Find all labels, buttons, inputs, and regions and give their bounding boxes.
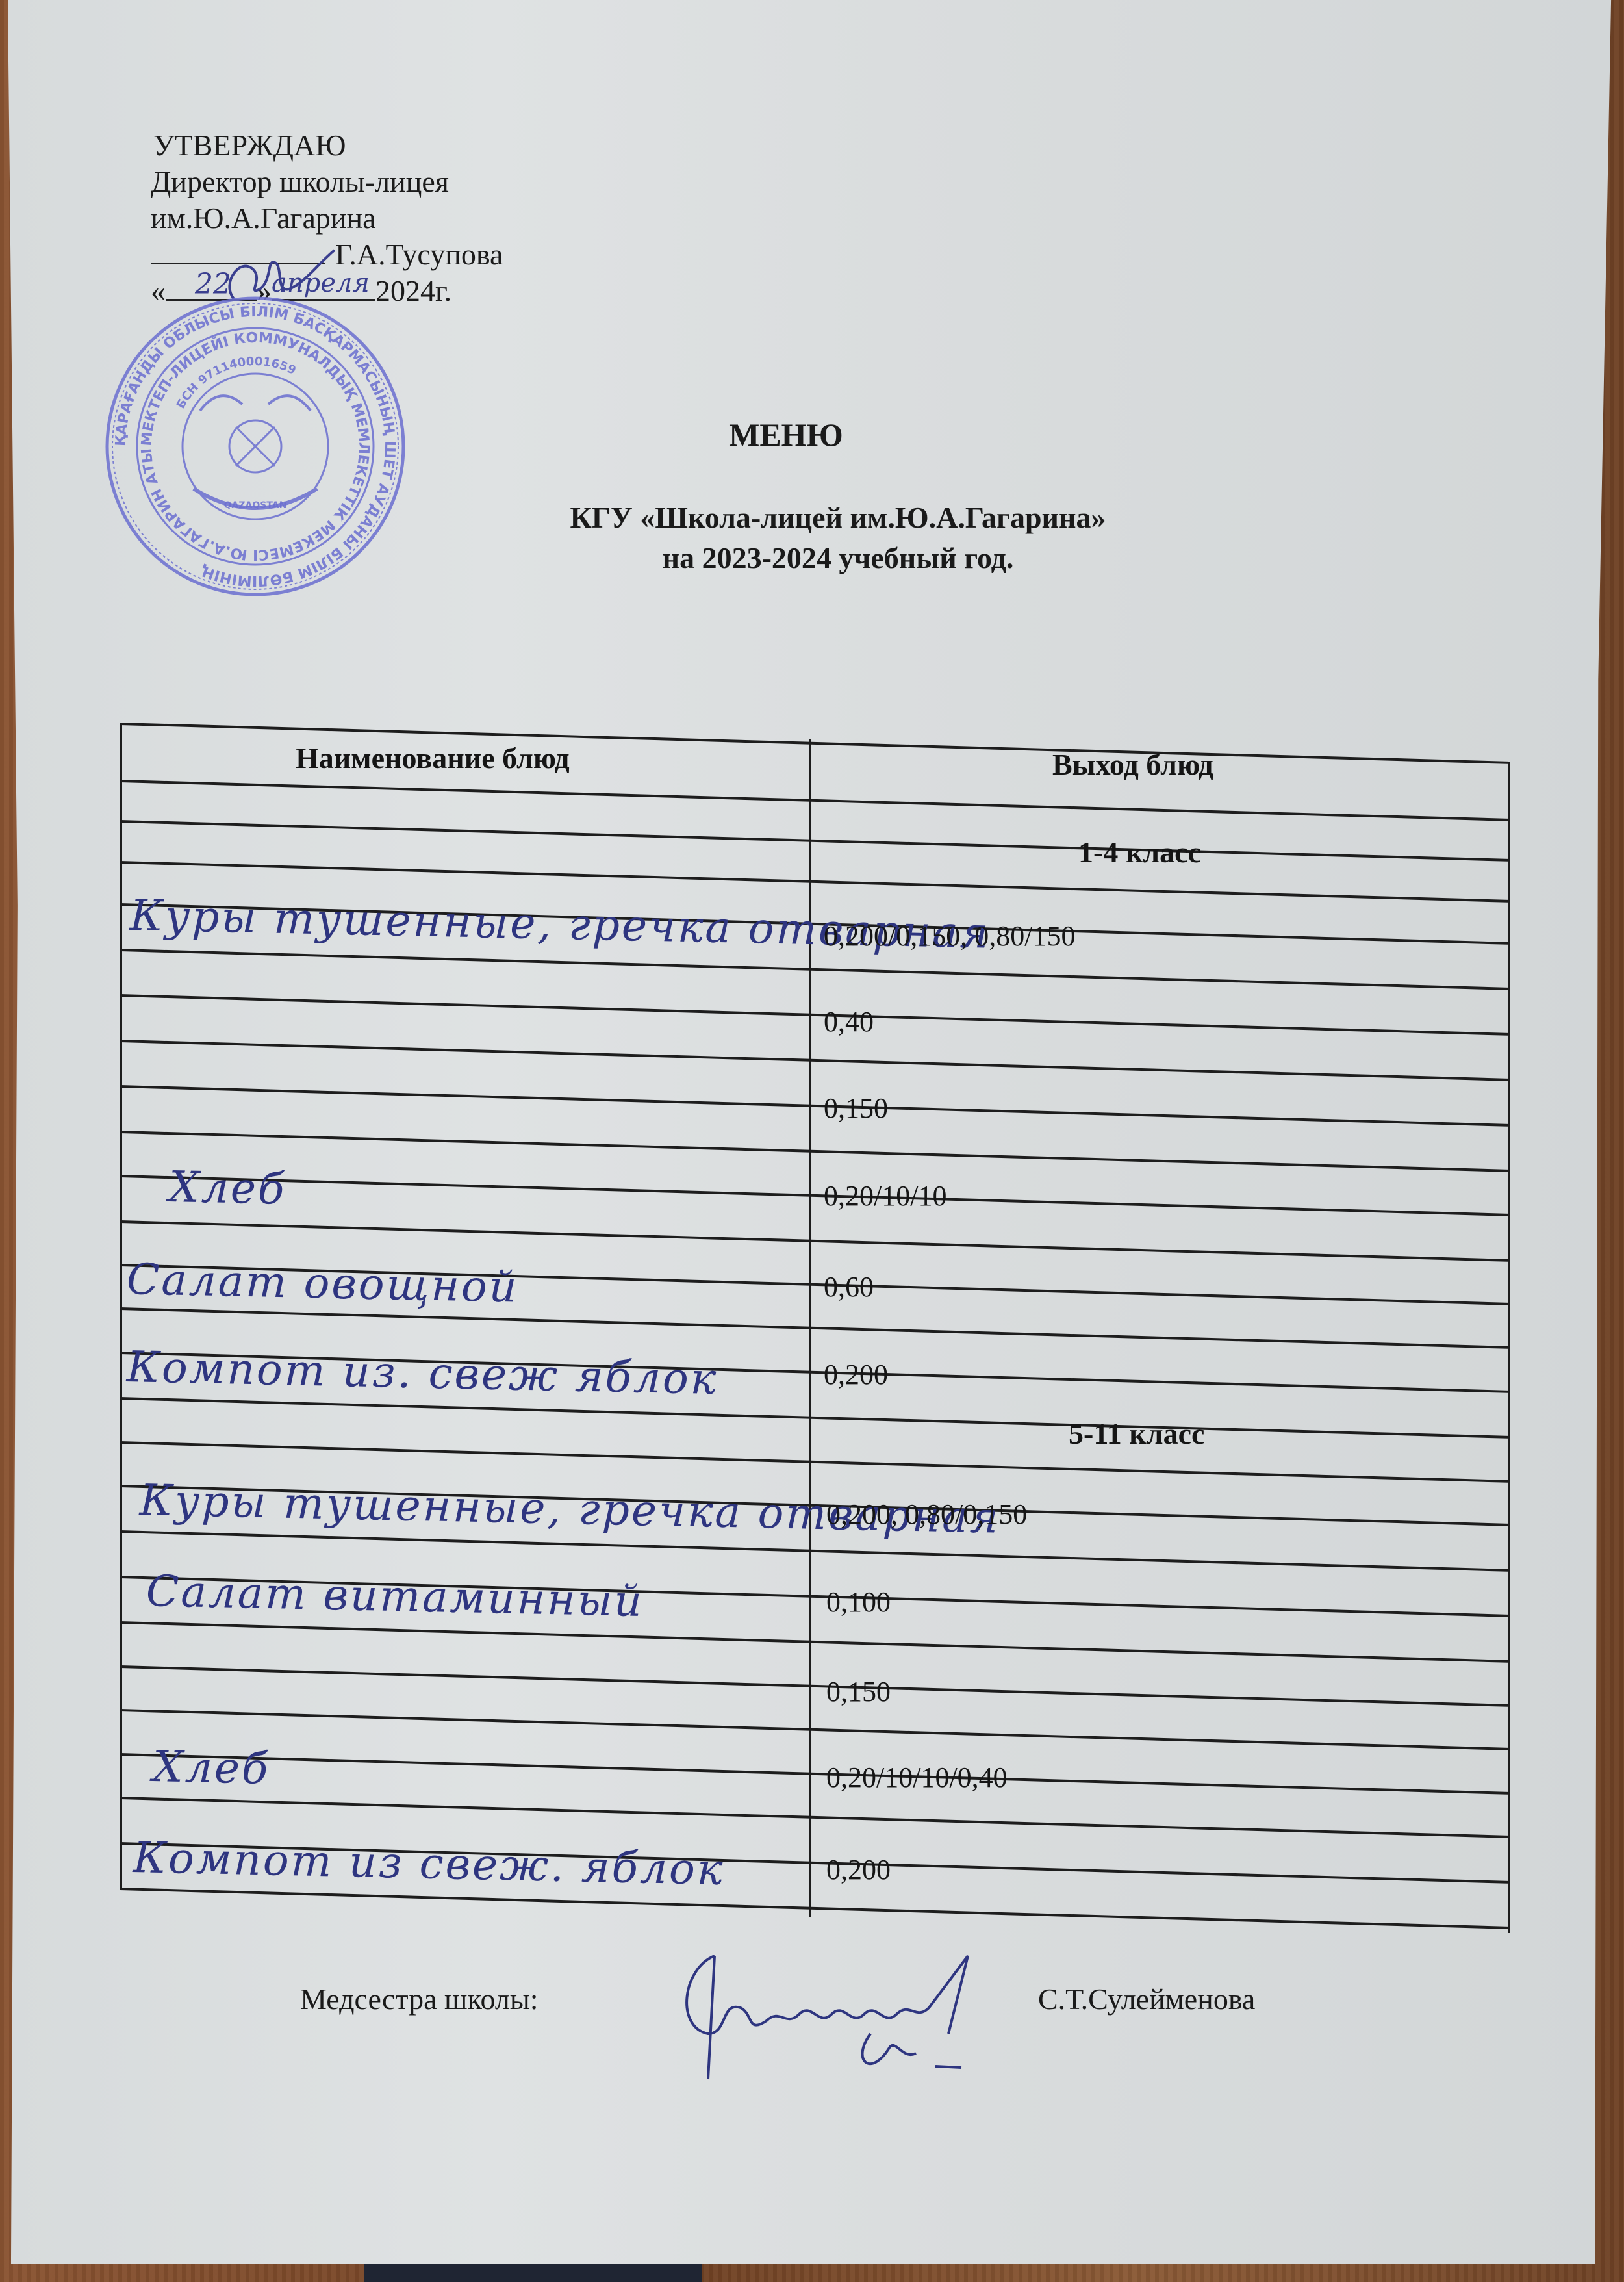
dish-yield: 0,100 [826, 1585, 891, 1619]
dish-yield: 0,20/10/10/0,40 [826, 1761, 1008, 1794]
nurse-name: С.Т.Сулейменова [1038, 1982, 1255, 2016]
table-row-border [120, 1441, 1508, 1483]
table-left-border [120, 723, 122, 1888]
dish-yield: 0,150 [824, 1092, 888, 1125]
table-row-border [120, 780, 1508, 821]
table-row-border [120, 1621, 1508, 1663]
table-row-border [120, 820, 1508, 862]
dish-yield: 0,20/10/10 [824, 1179, 946, 1212]
table-row-border [120, 949, 1508, 990]
dish-name-bread: Хлеб [152, 1741, 270, 1794]
dish-name-vegetable-salad: Салат овощной [126, 1254, 519, 1313]
section-label-5-11: 5-11 класс [1069, 1417, 1204, 1451]
table-right-border [1508, 762, 1510, 1933]
dish-yield: 0,150 [826, 1675, 891, 1708]
dish-yield: 0,200 [824, 1358, 888, 1391]
table-row-border [120, 1797, 1508, 1838]
dish-yield: 0,200, 0,80/0,150 [826, 1498, 1027, 1531]
table-row-border [120, 994, 1508, 1036]
nurse-signature [656, 1930, 1033, 2086]
dish-name-bread: Хлеб [168, 1162, 286, 1214]
table-row-border [120, 1220, 1508, 1262]
dish-yield: 0,60 [824, 1270, 874, 1303]
dish-name-apple-compote: Компот из свеж. яблок [133, 1832, 725, 1895]
table-row-border [120, 1709, 1508, 1750]
column-header-dish-name: Наименование блюд [296, 741, 570, 775]
table-row-border [120, 1753, 1508, 1795]
table-row-border [120, 1085, 1508, 1127]
table-row-border [120, 1040, 1508, 1081]
dish-name-vitamin-salad: Салат витаминный [146, 1566, 644, 1626]
dish-yield: 0,40 [824, 1005, 874, 1038]
table-row-border [120, 1307, 1508, 1349]
dish-name-apple-compote: Компот из. свеж яблок [126, 1342, 718, 1404]
table-row-border [120, 1397, 1508, 1439]
section-label-1-4: 1-4 класс [1078, 835, 1201, 869]
table-row-border [120, 1665, 1508, 1707]
nurse-label: Медсестра школы: [300, 1982, 539, 2016]
dish-yield: 0,200 [826, 1853, 891, 1886]
table-row-border [120, 1175, 1508, 1216]
table-row-border [120, 1888, 1508, 1929]
dish-yield: 0,200/0,150, 0,80/150 [824, 919, 1075, 953]
column-header-yield: Выход блюд [1052, 747, 1213, 782]
table-row-border [120, 1131, 1508, 1172]
